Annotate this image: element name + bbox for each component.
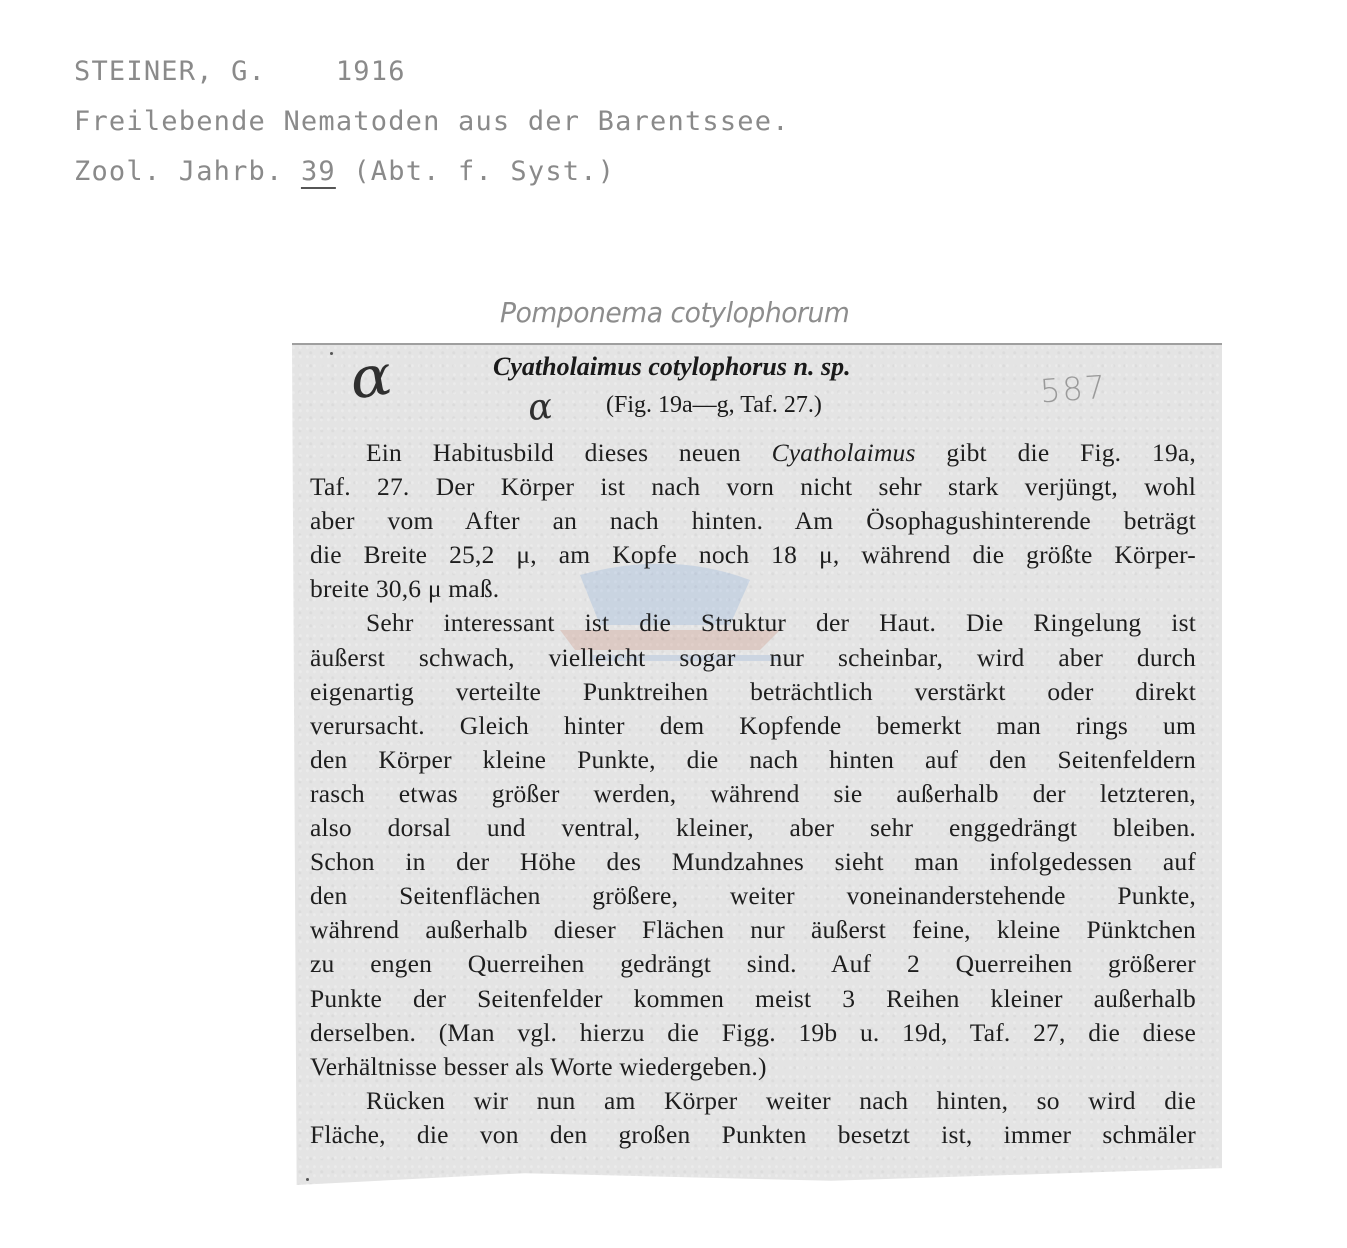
speck-mark <box>306 1178 309 1181</box>
journal-section: (Abt. f. Syst.) <box>353 156 615 187</box>
text-fragment: gibt die Fig. 19a, <box>916 438 1196 467</box>
text-line: den Körper kleine Punkte, die nach hinte… <box>310 743 1196 777</box>
journal-line: Zool. Jahrb. 39 (Abt. f. Syst.) <box>74 158 615 185</box>
text-line: die Breite 25,2 μ, am Kopfe noch 18 μ, w… <box>310 538 1196 572</box>
text-line: Ein Habitusbild dieses neuen Cyatholaimu… <box>310 436 1196 470</box>
text-line: derselben. (Man vgl. hierzu die Figg. 19… <box>310 1016 1196 1050</box>
author: STEINER, G. <box>74 56 266 87</box>
text-line: zu engen Querreihen gedrängt sind. Auf 2… <box>310 947 1196 981</box>
text-line: aber vom After an nach hinten. Am Ösopha… <box>310 504 1196 538</box>
handwritten-genus-annotation: Pomponema cotylophorum <box>500 296 849 329</box>
text-line: Punkte der Seitenfelder kommen meist 3 R… <box>310 982 1196 1016</box>
text-line: rasch etwas größer werden, während sie a… <box>310 777 1196 811</box>
handwritten-alpha-mark-small-icon: α <box>526 389 554 427</box>
handwritten-catalog-number: 587 <box>1039 368 1109 411</box>
figure-reference: (Fig. 19a—g, Taf. 27.) <box>606 392 822 419</box>
publication-title: Freilebende Nematoden aus der Barentssee… <box>74 108 790 135</box>
text-line: Schon in der Höhe des Mundzahnes sieht m… <box>310 845 1196 879</box>
text-line: den Seitenflächen größere, weiter vonein… <box>310 879 1196 913</box>
year: 1916 <box>336 56 406 87</box>
text-line: während außerhalb dieser Flächen nur äuß… <box>310 913 1196 947</box>
journal-name: Zool. Jahrb. <box>74 156 283 187</box>
volume-number: 39 <box>301 156 336 187</box>
text-line: Verhältnisse besser als Worte wiedergebe… <box>310 1050 1196 1084</box>
text-fragment: Ein Habitusbild dieses neuen <box>366 438 772 467</box>
text-line: also dorsal und ventral, kleiner, aber s… <box>310 811 1196 845</box>
text-line: Fläche, die von den großen Punkten beset… <box>310 1118 1196 1152</box>
text-line: eigenartig verteilte Punktreihen beträch… <box>310 675 1196 709</box>
card-author-line: STEINER, G. 1916 <box>74 58 406 85</box>
text-line: Sehr interessant ist die Struktur der Ha… <box>310 606 1196 640</box>
text-line: Taf. 27. Der Körper ist nach vorn nicht … <box>310 470 1196 504</box>
description-body: Ein Habitusbild dieses neuen Cyatholaimu… <box>310 436 1196 1152</box>
species-title: Cyatholaimus cotylophorus n. sp. <box>493 352 851 382</box>
handwritten-alpha-mark-icon: α <box>346 347 395 408</box>
speck-mark <box>330 352 333 355</box>
text-line: Rücken wir nun am Körper weiter nach hin… <box>310 1084 1196 1118</box>
text-line: verursacht. Gleich hinter dem Kopfende b… <box>310 709 1196 743</box>
text-line: äußerst schwach, vielleicht sogar nur sc… <box>310 641 1196 675</box>
genus-name-italic: Cyatholaimus <box>772 438 916 467</box>
text-line: breite 30,6 μ maß. <box>310 572 1196 606</box>
